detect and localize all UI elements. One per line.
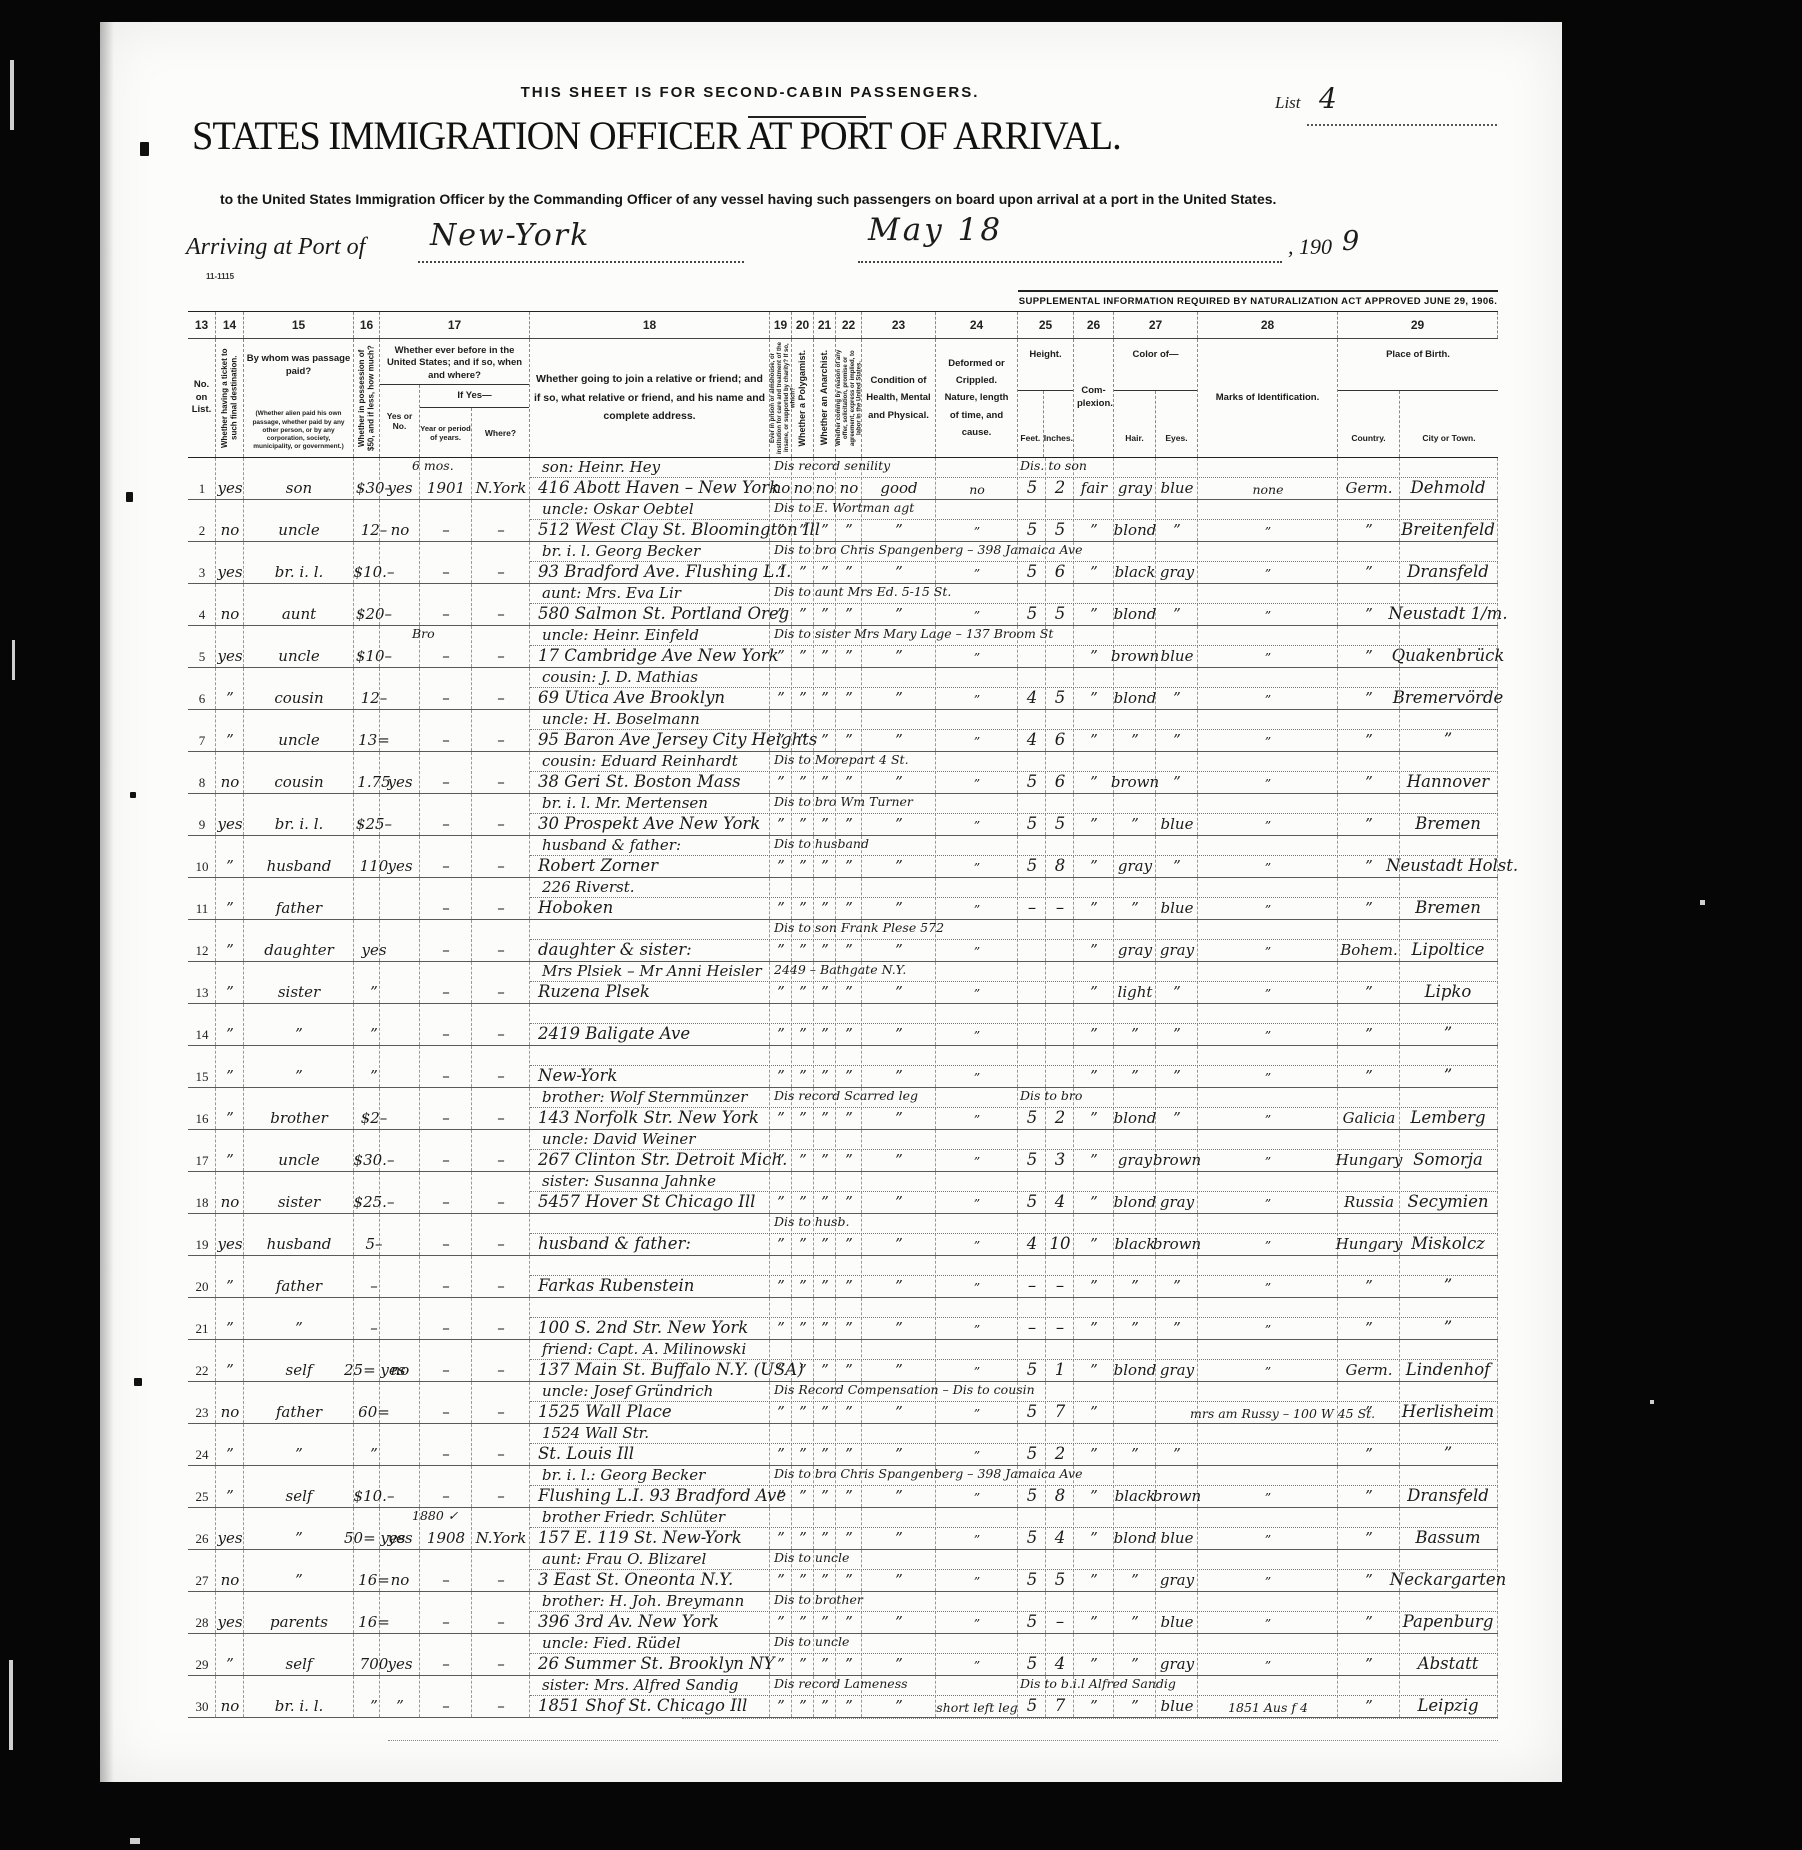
cell-health: ” [862,1655,936,1673]
cell-before-year: – [420,857,472,875]
cell-health: good [862,479,936,497]
col-header-label: Whether an Anarchist. [819,350,830,445]
cell-labor-contract: ” [836,1025,862,1043]
cell-relative-address: 2419 Baligate Ave [538,1024,690,1043]
grid-cell [1046,962,1074,1003]
cell-health: ” [862,899,936,917]
col-header-polygamist: Whether a Polygamist. [792,339,814,457]
cell-birth-city: Lipoltice [1386,940,1510,959]
cell-passage-paid: husband [244,1235,354,1253]
name-dotted-line [530,855,1498,856]
cell-marks: ” [1190,860,1346,875]
table-row: 4noaunt$20–––aunt: Mrs. Eva Lir580 Salmo… [188,584,1498,626]
cell-health: ” [862,1319,936,1337]
cell-before-yes-no: no [380,1571,420,1589]
cell-money: – [344,1319,404,1337]
cell-health: ” [862,983,936,1001]
cell-before-annotation: 1880 ✓ [412,1508,488,1523]
cell-height-inches: 8 [1046,856,1074,875]
cell-prison: ” [770,1361,792,1379]
cell-passage-paid: sister [244,1193,354,1211]
cell-before-year: 1908 [420,1529,472,1547]
cell-money: $25– [344,815,404,833]
cell-relative-name: aunt: Frau O. Blizarel [542,1550,706,1568]
cell-before-year: – [420,605,472,623]
supplemental-band: SUPPLEMENTAL INFORMATION REQUIRED BY NAT… [188,290,1498,311]
cell-ticket: ” [212,1361,248,1379]
table-row: 28yesparents16=––brother: H. Joh. Breyma… [188,1592,1498,1634]
name-dotted-line [530,1401,1498,1402]
col-number-29: 29 [1338,312,1498,338]
cell-anarchist: ” [814,1361,836,1379]
cell-before-year: – [420,1193,472,1211]
cell-height-inches: 8 [1046,1486,1074,1505]
table-row: 16”brother$2–––brother: Wolf Sternmünzer… [188,1088,1498,1130]
table-row: 5yesuncle$10–––Brouncle: Heinr. Einfeld1… [188,626,1498,668]
cell-relative-address: husband & father: [538,1234,691,1253]
cell-marks: ” [1190,1028,1346,1043]
cell-height-feet: 4 [1018,688,1046,707]
cell-deformed: ” [930,1070,1024,1085]
cell-before-year: – [420,1361,472,1379]
col-number-27: 27 [1114,312,1198,338]
col-header-inches: Inches. [1044,391,1073,457]
list-group: List 4 [1275,82,1515,115]
cell-anarchist: ” [814,1025,836,1043]
col-header-marks: Marks of Identification. [1198,339,1338,457]
empty-dotted-line [682,1718,1498,1719]
cell-polygamist: ” [792,1571,814,1589]
cell-disposition-note: Dis record Lameness [774,1676,908,1691]
cell-relative-address: 69 Utica Ave Brooklyn [538,688,725,707]
cell-polygamist: ” [792,815,814,833]
col-header-if-yes-group: If Yes— Year or period of years. Where? [420,385,529,457]
col-header-label: Color of— [1114,339,1197,391]
cell-relative-name: br. i. l. Georg Becker [542,542,700,560]
cell-labor-contract: ” [836,1613,862,1631]
cell-passage-paid: father [244,1277,354,1295]
cell-polygamist: ” [792,1193,814,1211]
cell-labor-contract: ” [836,1109,862,1127]
cell-ticket: yes [212,563,248,581]
cell-health: ” [862,1361,936,1379]
cell-before-year: – [420,1151,472,1169]
cell-anarchist: ” [814,1529,836,1547]
col-header-label: Condition of Health, Mental and Physical… [865,372,932,423]
table-row: 13”sister”––Mrs Plsiek – Mr Anni Heisler… [188,962,1498,1004]
col-header-height-sub: Feet. Inches. [1018,391,1073,457]
col-header-birth-sub: Country. City or Town. [1338,391,1498,457]
cell-before-where: – [472,1571,530,1589]
cell-height-feet: 5 [1018,1528,1046,1547]
cell-before-where: – [472,1403,530,1421]
cell-complexion: ” [1074,731,1114,749]
col-number-21: 21 [814,312,836,338]
column-numbers-row: 13 14 15 16 17 18 19 20 21 22 23 24 25 2… [188,311,1498,339]
cell-birth-city: Neckargarten [1386,1570,1510,1589]
cell-before-where: – [472,941,530,959]
cell-health: ” [862,1697,936,1715]
col-number-14: 14 [216,312,244,338]
cell-deformed: ” [930,524,1024,539]
cell-relative-address: 38 Geri St. Boston Mass [538,772,741,791]
grid-cell [1046,1046,1074,1087]
cell-disposition-note: Dis. to son [1020,458,1087,473]
cell-height-inches: – [1046,1276,1074,1295]
cell-passage-paid: uncle [244,1151,354,1169]
cell-height-feet: 5 [1018,1612,1046,1631]
cell-ticket: ” [212,731,248,749]
cell-relative-name: brother: Wolf Sternmünzer [542,1088,747,1106]
cell-relative-address: 26 Summer St. Brooklyn NY [538,1654,774,1673]
cell-ticket: yes [212,815,248,833]
cell-birth-city: ” [1386,1276,1510,1295]
cell-relative-name: brother Friedr. Schlüter [542,1508,725,1526]
col-header-money: Whether in possession of $50, and if les… [354,339,380,457]
col-number-28: 28 [1198,312,1338,338]
cell-prison: ” [770,563,792,581]
col-number-16: 16 [354,312,380,338]
cell-birth-city: Abstatt [1386,1654,1510,1673]
cell-before-where: – [472,1487,530,1505]
cell-polygamist: no [792,479,814,497]
cell-birth-city: Somorja [1386,1150,1510,1169]
cell-birth-city: Dransfeld [1386,562,1510,581]
sheet-note: THIS SHEET IS FOR SECOND-CABIN PASSENGER… [100,84,1400,101]
cell-anarchist: ” [814,689,836,707]
cell-marks: ” [1190,944,1346,959]
cell-relative-address: 1525 Wall Place [538,1402,672,1421]
cell-polygamist: ” [792,647,814,665]
cell-before-yes-no: yes [380,857,420,875]
cell-before-where: – [472,773,530,791]
cell-marks: ” [1190,902,1346,917]
cell-money: $25.– [344,1193,404,1211]
col-header-country: Country. [1338,391,1400,457]
cell-relative-name: sister: Mrs. Alfred Sandig [542,1676,738,1694]
cell-before-where: N.York [472,1529,530,1547]
cell-passage-paid: cousin [244,773,354,791]
cell-birth-city: ” [1386,1066,1510,1085]
cell-before-year: – [420,1067,472,1085]
cell-relative-name: uncle: Heinr. Einfeld [542,626,699,644]
cell-ticket: no [212,1403,248,1421]
name-dotted-line [530,981,1498,982]
cell-anarchist: ” [814,521,836,539]
cell-anarchist: ” [814,1613,836,1631]
cell-relative-address: 93 Bradford Ave. Flushing L.I. [538,562,791,581]
table-row: 6”cousin12–––cousin: J. D. Mathias69 Uti… [188,668,1498,710]
cell-health: ” [862,773,936,791]
cell-height-inches: 2 [1046,478,1074,497]
cell-height-feet: 5 [1018,604,1046,623]
col-header-label: Whether in possession of $50, and if les… [357,342,376,454]
cell-relative-address: 416 Abott Haven – New York [538,478,779,497]
cell-relative-name: husband & father: [542,836,681,854]
cell-ticket: ” [212,1277,248,1295]
cell-polygamist: ” [792,1025,814,1043]
cell-passage-paid: daughter [244,941,354,959]
cell-height-feet: 5 [1018,478,1046,497]
cell-marks: ” [1190,1364,1346,1379]
cell-relative-name: 1524 Wall Str. [542,1424,649,1442]
supplemental-spacer [188,290,1018,311]
cell-health: ” [862,1277,936,1295]
table-row: 30nobr. i. l.””––sister: Mrs. Alfred San… [188,1676,1498,1718]
manifest-sheet: THIS SHEET IS FOR SECOND-CABIN PASSENGER… [100,22,1562,1782]
cell-disposition-note: Dis to uncle [774,1550,849,1565]
cell-marks: ” [1190,1490,1346,1505]
col-header-health: Condition of Health, Mental and Physical… [862,339,936,457]
table-row: 26yes”50= yesyes1908N.York1880 ✓brother … [188,1508,1498,1550]
cell-anarchist: ” [814,899,836,917]
cell-labor-contract: ” [836,773,862,791]
cell-labor-contract: ” [836,899,862,917]
cell-deformed: ” [930,1658,1024,1673]
cell-before-yes-no: no [380,521,420,539]
cell-money: 13= [344,731,404,749]
cell-complexion: fair [1074,479,1114,497]
cell-before-where: – [472,605,530,623]
col-header-ever-before: Whether ever before in the United States… [380,339,530,457]
cell-disposition-note: Dis to brother [774,1592,863,1607]
arrival-line: Arriving at Port of New-York May 18 , 19… [100,218,1530,278]
cell-height-feet: – [1018,1318,1046,1337]
cell-passage-paid: sister [244,983,354,1001]
cell-deformed: ” [930,1490,1024,1505]
cell-disposition-note: Dis to bro Wm Turner [774,794,913,809]
cell-before-year: – [420,1109,472,1127]
cell-prison: ” [770,899,792,917]
cell-before-year: – [420,941,472,959]
cell-before-year: – [420,1445,472,1463]
cell-passage-paid: parents [244,1613,354,1631]
cell-polygamist: ” [792,941,814,959]
cell-before-year: – [420,1319,472,1337]
cell-deformed: ” [930,860,1024,875]
cell-before-where: – [472,1109,530,1127]
cell-health: ” [862,1571,936,1589]
cell-ticket: yes [212,1235,248,1253]
cell-passage-paid: uncle [244,647,354,665]
cell-polygamist: ” [792,1277,814,1295]
cell-anarchist: ” [814,1151,836,1169]
col-header-labor-contract: Whether coming by reason of any offer, s… [836,339,862,457]
cell-health: ” [862,857,936,875]
cell-deformed: ” [930,986,1024,1001]
cell-height-inches: 5 [1046,520,1074,539]
cell-before-where: – [472,1067,530,1085]
cell-complexion: ” [1074,941,1114,959]
cell-ticket: ” [212,1067,248,1085]
cell-marks: ” [1190,1616,1346,1631]
col-number-15: 15 [244,312,354,338]
cell-relative-address: 267 Clinton Str. Detroit Mich. [538,1150,787,1169]
table-row: 1yesson$30–yes1901N.York6 mos.son: Heinr… [188,458,1498,500]
cell-relative-address: 143 Norfolk Str. New York [538,1108,759,1127]
cell-before-where: – [472,731,530,749]
cell-marks: ” [1190,1574,1346,1589]
cell-before-where: – [472,1445,530,1463]
cell-height-feet: 5 [1018,1192,1046,1211]
cell-relative-name: br. i. l.: Georg Becker [542,1466,705,1484]
year-printed: , 190 [1288,234,1332,260]
cell-before-year: – [420,983,472,1001]
cell-ticket: yes [212,1613,248,1631]
cell-relative-name: cousin: Eduard Reinhardt [542,752,738,770]
cell-relative-name: uncle: H. Boselmann [542,710,700,728]
col-number-23: 23 [862,312,936,338]
cell-prison: ” [770,1193,792,1211]
cell-polygamist: ” [792,983,814,1001]
table-row: 29”self700yes––uncle: Fied. Rüdel26 Summ… [188,1634,1498,1676]
cell-before-year: – [420,689,472,707]
grid-cell [1046,1004,1074,1045]
cell-ticket: ” [212,1319,248,1337]
cell-complexion: ” [1074,1151,1114,1169]
cell-relative-address: 157 E. 119 St. New-York [538,1528,742,1547]
cell-relative-name: br. i. l. Mr. Mertensen [542,794,708,812]
cell-labor-contract: ” [836,857,862,875]
cell-complexion: ” [1074,1109,1114,1127]
cell-complexion: ” [1074,773,1114,791]
cell-complexion: ” [1074,815,1114,833]
cell-complexion: ” [1074,1067,1114,1085]
cell-prison: ” [770,941,792,959]
cell-ticket: ” [212,1655,248,1673]
cell-height-inches: 4 [1046,1654,1074,1673]
cell-deformed: ” [930,944,1024,959]
cell-before-year: – [420,1571,472,1589]
cell-complexion: ” [1074,1361,1114,1379]
cell-polygamist: ” [792,899,814,917]
cell-birth-city: Neustadt Holst. [1386,856,1510,875]
grid-cell [1198,1424,1338,1465]
cell-before-yes-no: ” [380,1697,420,1715]
cell-anarchist: ” [814,1235,836,1253]
cell-passage-paid: father [244,899,354,917]
cell-health: ” [862,605,936,623]
cell-prison: ” [770,857,792,875]
list-underline [1307,124,1497,126]
col-header-prison: Ever in prison or almshouse, or institut… [770,339,792,457]
col-header-passage-paid: By whom was passage paid? (Whether alien… [244,339,354,457]
cell-relative-name: friend: Capt. A. Milinowski [542,1340,746,1358]
cell-health: ” [862,815,936,833]
cell-ticket: ” [212,899,248,917]
cell-ticket: ” [212,1109,248,1127]
col-header-color-sub: Hair. Eyes. [1114,391,1197,457]
cell-disposition-note: Dis Record Compensation – Dis to cousin [774,1382,1035,1397]
list-number-written: 4 [1319,82,1337,115]
cell-complexion: ” [1074,1403,1114,1421]
cell-disposition-note: Dis to aunt Mrs Ed. 5-15 St. [774,584,951,599]
film-edge-mark [12,640,15,680]
cell-height-feet: 5 [1018,1654,1046,1673]
cell-health: ” [862,1613,936,1631]
cell-relative-name: 226 Riverst. [542,878,635,896]
cell-anarchist: ” [814,1193,836,1211]
col-header-city: City or Town. [1400,391,1498,457]
cell-passage-paid: ” [244,1067,354,1085]
cell-passage-paid: ” [244,1571,354,1589]
cell-passage-paid: uncle [244,731,354,749]
cell-polygamist: ” [792,1613,814,1631]
cell-anarchist: ” [814,857,836,875]
cell-marks: ” [1190,566,1346,581]
cell-height-inches: 6 [1046,730,1074,749]
cell-health: ” [862,1109,936,1127]
cell-anarchist: ” [814,647,836,665]
cell-prison: ” [770,983,792,1001]
cell-deformed: ” [930,1364,1024,1379]
col-header-yes-or-no: Yes or No. [380,385,420,457]
cell-disposition-note: Dis to E. Wortman agt [774,500,914,515]
col-header-label: Whether a Polygamist. [797,350,808,447]
cell-before-where: – [472,1277,530,1295]
table-row: 10”husband110yes––husband & father:Rober… [188,836,1498,878]
cell-labor-contract: ” [836,563,862,581]
cell-birth-city: Bremervörde [1386,688,1510,707]
film-edge-mark [10,60,14,130]
cell-passage-paid: self [244,1655,354,1673]
cell-before-where: – [472,1151,530,1169]
cell-polygamist: ” [792,857,814,875]
cell-birth-city: ” [1386,1318,1510,1337]
cell-before-where: – [472,689,530,707]
cell-disposition-note: Dis to husband [774,836,869,851]
cell-passage-paid: son [244,479,354,497]
cell-money: $2– [344,1109,404,1127]
cell-passage-paid: br. i. l. [244,815,354,833]
col-header-where: Where? [472,408,529,457]
cell-deformed: ” [930,692,1024,707]
cell-complexion: ” [1074,1235,1114,1253]
cell-height-feet: 5 [1018,562,1046,581]
cell-deformed: ” [930,776,1024,791]
cell-health: ” [862,1487,936,1505]
cell-passage-paid: ” [244,1529,354,1547]
cell-marks: mrs am Russy – 100 W 45 St. [1190,1406,1346,1421]
cell-relative-address: Ruzena Plsek [538,982,650,1001]
col-header-label: Place of Birth. [1338,339,1498,391]
cell-polygamist: ” [792,521,814,539]
col-header-place-of-birth: Place of Birth. Country. City or Town. [1338,339,1498,457]
cell-ticket: ” [212,1151,248,1169]
cell-prison: ” [770,1487,792,1505]
cell-money: 5– [344,1235,404,1253]
table-row: 24”””––1524 Wall Str.St. Louis Ill””””””… [188,1424,1498,1466]
cell-polygamist: ” [792,1067,814,1085]
col-header-color-of: Color of— Hair. Eyes. [1114,339,1198,457]
cell-prison: no [770,479,792,497]
cell-polygamist: ” [792,563,814,581]
cell-health: ” [862,647,936,665]
cell-marks: ” [1190,650,1346,665]
cell-passage-paid: cousin [244,689,354,707]
cell-height-inches: 1 [1046,1360,1074,1379]
cell-height-feet: 5 [1018,1108,1046,1127]
cell-ticket: ” [212,983,248,1001]
col-header-ticket: Whether having a ticket to such final de… [216,339,244,457]
cell-relative-name: brother: H. Joh. Breymann [542,1592,744,1610]
cell-passage-paid: brother [244,1109,354,1127]
cell-before-year: – [420,1403,472,1421]
cell-passage-paid: father [244,1403,354,1421]
cell-marks: ” [1190,734,1346,749]
cell-height-inches: 4 [1046,1192,1074,1211]
cell-money: – [344,1277,404,1295]
